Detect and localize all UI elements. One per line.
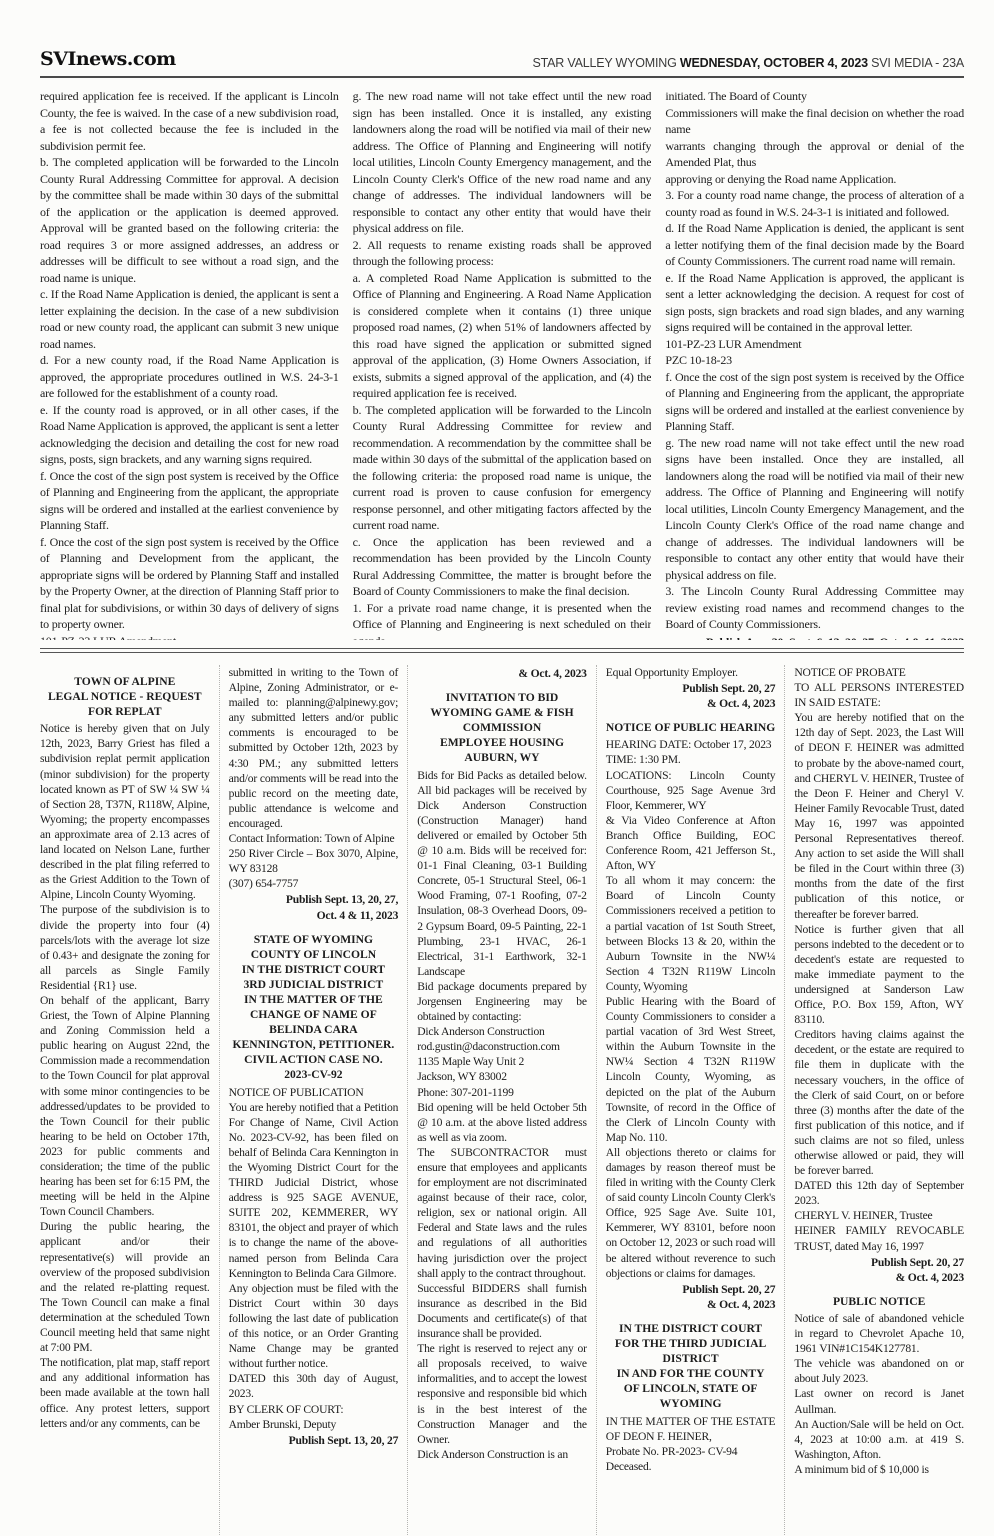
notice-paragraph: 1. For a private road name change, it is… [353, 600, 652, 641]
notice-line: TIME: 1:30 PM. [606, 752, 776, 767]
notice-paragraph: b. The completed application will be for… [40, 154, 339, 286]
notice-paragraph: 250 River Circle – Box 3070, Alpine, WY … [229, 846, 399, 876]
newspaper-page: SVInews.com STAR VALLEY WYOMING WEDNESDA… [0, 0, 994, 1536]
notice-line: 1135 Maple Way Unit 2 [417, 1054, 587, 1069]
notice-paragraph: Bid package documents prepared by Jorgen… [417, 979, 587, 1024]
header-location: STAR VALLEY WYOMING [532, 56, 676, 70]
notice-paragraph: The notification, plat map, staff report… [40, 1355, 210, 1430]
notice-line: PZC 10-18-23 [665, 352, 964, 369]
bottom-column-5: NOTICE OF PROBATETO ALL PERSONS INTEREST… [784, 665, 964, 1536]
notice-paragraph: g. The new road name will not take effec… [665, 435, 964, 584]
notice-heading: NOTICE OF PUBLIC HEARING [606, 720, 776, 735]
notice-paragraph: LOCATIONS: Lincoln County Courthouse, 92… [606, 768, 776, 813]
notice-line: Dick Anderson Construction [417, 1024, 587, 1039]
notice-paragraph: Bids for Bid Packs as detailed below. Al… [417, 768, 587, 979]
notice-paragraph: initiated. The Board of County [665, 88, 964, 105]
notice-paragraph: A minimum bid of $ 10,000 is [794, 1462, 964, 1477]
legal-notices-bottom-section: TOWN OF ALPINE LEGAL NOTICE - REQUEST FO… [40, 665, 964, 1536]
notice-paragraph: Any objection must be filed with the Dis… [229, 1281, 399, 1372]
notice-line: Jackson, WY 83002 [417, 1069, 587, 1084]
notice-paragraph: c. If the Road Name Application is denie… [40, 286, 339, 352]
notice-paragraph: Notice of sale of abandoned vehicle in r… [794, 1311, 964, 1356]
bottom-column-4: Equal Opportunity Employer.Publish Sept.… [596, 665, 785, 1536]
publish-line: Publish Sept. 20, 27 & Oct. 4, 2023 [606, 681, 776, 711]
notice-paragraph: HEARING DATE: October 17, 2023 [606, 737, 776, 752]
header-dateline: STAR VALLEY WYOMING WEDNESDAY, OCTOBER 4… [532, 56, 964, 70]
notice-paragraph: g. The new road name will not take effec… [353, 88, 652, 237]
notice-paragraph: f. Once the cost of the sign post system… [40, 534, 339, 633]
notice-line: NOTICE OF PUBLICATION [229, 1085, 399, 1100]
notice-paragraph: TO ALL PERSONS INTERESTED IN SAID ESTATE… [794, 680, 964, 710]
notice-paragraph: Creditors having claims against the dece… [794, 1027, 964, 1178]
notice-heading: INVITATION TO BID WYOMING GAME & FISH CO… [417, 690, 587, 765]
bottom-column-1: TOWN OF ALPINE LEGAL NOTICE - REQUEST FO… [40, 665, 219, 1536]
notice-paragraph: Dick Anderson Construction is an [417, 1447, 587, 1462]
notice-paragraph: required application fee is received. If… [40, 88, 339, 154]
notice-heading: PUBLIC NOTICE [794, 1294, 964, 1309]
notice-paragraph: The vehicle was abandoned on or about Ju… [794, 1356, 964, 1386]
notice-paragraph: Contact Information: Town of Alpine [229, 831, 399, 846]
notice-line: Amber Brunski, Deputy [229, 1417, 399, 1432]
notice-paragraph: approving or denying the Road name Appli… [665, 171, 964, 188]
notice-paragraph: d. If the Road Name Application is denie… [665, 220, 964, 270]
notice-paragraph: On behalf of the applicant, Barry Griest… [40, 993, 210, 1219]
notice-paragraph: submitted in writing to the Town of Alpi… [229, 665, 399, 831]
notice-paragraph: f. Once the cost of the sign post system… [665, 369, 964, 435]
notice-heading: STATE OF WYOMING COUNTY OF LINCOLN IN TH… [229, 932, 399, 1083]
publish-line: Publish Aug. 30, Sept. 6, 13, 20, 27, Oc… [665, 634, 964, 641]
notice-paragraph: & Via Video Conference at Afton Branch O… [606, 813, 776, 873]
notice-paragraph: You are hereby notified that a Petition … [229, 1100, 399, 1281]
notice-line: CHERYL V. HEINER, Trustee [794, 1208, 964, 1223]
notice-line: 101-PZ-23 LUR Amendment [40, 633, 339, 641]
notice-paragraph: The purpose of the subdivision is to div… [40, 902, 210, 993]
notice-paragraph: To all whom it may concern: the Board of… [606, 873, 776, 994]
notice-paragraph: Public Hearing with the Board of County … [606, 994, 776, 1145]
top-column-3: initiated. The Board of CountyCommission… [665, 88, 964, 640]
notice-paragraph: Equal Opportunity Employer. [606, 665, 776, 680]
notice-paragraph: warrants changing through the approval o… [665, 138, 964, 171]
notice-paragraph: d. For a new county road, if the Road Na… [40, 352, 339, 402]
notice-line: Probate No. PR-2023- CV-94 [606, 1444, 776, 1459]
notice-paragraph: Successful BIDDERS shall furnish insuran… [417, 1281, 587, 1341]
notice-line: NOTICE OF PROBATE [794, 665, 964, 680]
notice-paragraph: 3. For a county road name change, the pr… [665, 187, 964, 220]
header-media-page: SVI MEDIA - 23A [871, 56, 964, 70]
notice-paragraph: All objections thereto or claims for dam… [606, 1145, 776, 1281]
top-column-2: g. The new road name will not take effec… [353, 88, 652, 640]
notice-paragraph: During the public hearing, the applicant… [40, 1219, 210, 1355]
notice-paragraph: HEINER FAMILY REVOCABLE TRUST, dated May… [794, 1223, 964, 1253]
notice-paragraph: IN THE MATTER OF THE ESTATE OF DEON F. H… [606, 1414, 776, 1444]
publish-line: Publish Sept. 13, 20, 27, Oct. 4 & 11, 2… [229, 892, 399, 922]
publish-line: Publish Sept. 13, 20, 27 [229, 1433, 399, 1448]
page-header: SVInews.com STAR VALLEY WYOMING WEDNESDA… [40, 48, 964, 78]
notice-paragraph: An Auction/Sale will be held on Oct. 4, … [794, 1417, 964, 1462]
notice-heading: TOWN OF ALPINE LEGAL NOTICE - REQUEST FO… [40, 674, 210, 719]
notice-heading: IN THE DISTRICT COURT FOR THE THIRD JUDI… [606, 1321, 776, 1412]
notice-paragraph: Notice is hereby given that on July 12th… [40, 721, 210, 902]
top-column-1: required application fee is received. If… [40, 88, 339, 640]
notice-paragraph: Bid opening will be held October 5th @ 1… [417, 1100, 587, 1145]
notice-paragraph: e. If the Road Name Application is appro… [665, 270, 964, 336]
header-date: WEDNESDAY, OCTOBER 4, 2023 [680, 56, 868, 70]
notice-paragraph: The SUBCONTRACTOR must ensure that emplo… [417, 1145, 587, 1281]
section-divider-rule [40, 648, 964, 653]
notice-paragraph: Last owner on record is Janet Aullman. [794, 1386, 964, 1416]
masthead-logo: SVInews.com [40, 48, 176, 70]
legal-notices-top-section: required application fee is received. If… [40, 88, 964, 640]
notice-paragraph: b. The completed application will be for… [353, 402, 652, 534]
notice-paragraph: c. Once the application has been reviewe… [353, 534, 652, 600]
notice-line: 101-PZ-23 LUR Amendment [665, 336, 964, 353]
notice-paragraph: DATED this 12th day of September 2023. [794, 1178, 964, 1208]
publish-line: Publish Sept. 20, 27 & Oct. 4, 2023 [794, 1255, 964, 1285]
notice-paragraph: f. Once the cost of the sign post system… [40, 468, 339, 534]
notice-paragraph: You are hereby notified that on the 12th… [794, 710, 964, 921]
bottom-column-3: & Oct. 4, 2023INVITATION TO BID WYOMING … [407, 665, 596, 1536]
publish-line: & Oct. 4, 2023 [417, 666, 587, 681]
notice-line: BY CLERK OF COURT: [229, 1402, 399, 1417]
notice-line: Deceased. [606, 1459, 776, 1474]
notice-paragraph: 3. The Lincoln County Rural Addressing C… [665, 583, 964, 633]
notice-line: rod.gustin@daconstruction.com [417, 1039, 587, 1054]
notice-paragraph: a. A completed Road Name Application is … [353, 270, 652, 402]
notice-paragraph: 2. All requests to rename existing roads… [353, 237, 652, 270]
publish-line: Publish Sept. 20, 27 & Oct. 4, 2023 [606, 1282, 776, 1312]
notice-paragraph: The right is reserved to reject any or a… [417, 1341, 587, 1447]
notice-paragraph: e. If the county road is approved, or in… [40, 402, 339, 468]
notice-paragraph: Commissioners will make the final decisi… [665, 105, 964, 138]
notice-line: Phone: 307-201-1199 [417, 1085, 587, 1100]
bottom-column-2: submitted in writing to the Town of Alpi… [219, 665, 408, 1536]
notice-paragraph: Notice is further given that all persons… [794, 922, 964, 1028]
notice-paragraph: DATED this 30th day of August, 2023. [229, 1371, 399, 1401]
notice-line: (307) 654-7757 [229, 876, 399, 891]
